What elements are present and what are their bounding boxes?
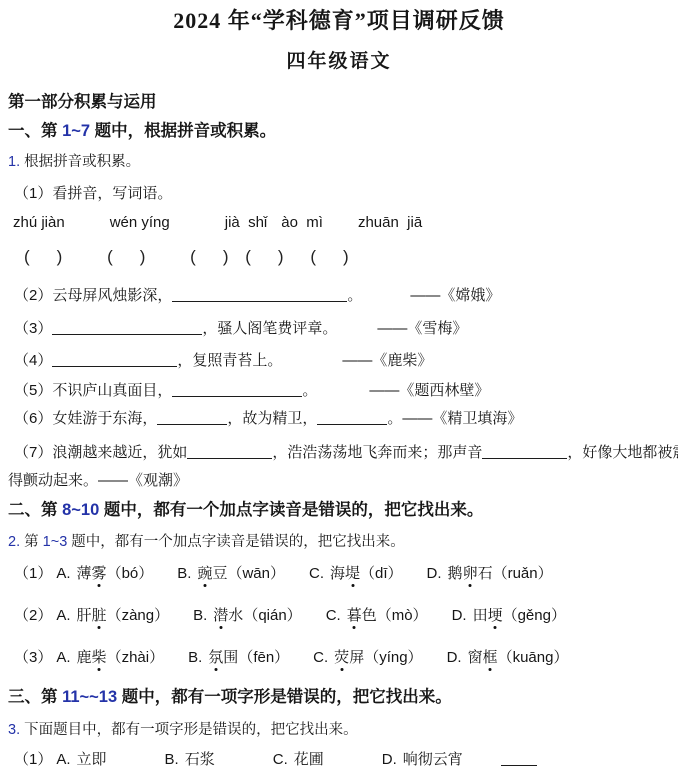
option-letter: A.	[56, 751, 70, 768]
section3-post: 题中，都有一项字形是错误的，把它找出来。	[117, 688, 452, 706]
q4-pre: （4）	[14, 352, 52, 369]
mcq-row-3: （3）A.鹿柴（zhài）B.氛围（fēn）C.荧屏（yíng）D.窗框（kuā…	[14, 646, 592, 667]
close-paren: )	[343, 247, 349, 266]
answer-brackets: ()	[310, 247, 348, 267]
item3-text: 下面题目中，都有一项字形是错误的，把它找出来。	[20, 722, 358, 738]
dotted-char: 雾	[92, 562, 107, 583]
option: C.花圃	[273, 748, 324, 769]
option-letter: D.	[447, 649, 462, 666]
option-word: 屏	[349, 649, 364, 666]
close-paren: )	[57, 247, 63, 266]
option-letter: C.	[326, 607, 341, 624]
pinyin-word: ào mì	[281, 214, 323, 231]
option-pinyin: （bó）	[107, 565, 154, 582]
option-letter: B.	[177, 565, 191, 582]
option-letter: D.	[382, 751, 397, 768]
option-pinyin: （gěng）	[503, 607, 566, 624]
option-word: 石浆	[185, 751, 215, 768]
q2-source: ——《嫦娥》	[410, 284, 500, 305]
option-pinyin: （qián）	[243, 607, 301, 624]
section2-heading: 二、第 8~10 题中，都有一个加点字读音是错误的，把它找出来。	[8, 496, 483, 520]
option-letter: A.	[56, 565, 70, 582]
fill-blank	[172, 287, 347, 302]
row-label: （2）	[14, 604, 52, 625]
option: A.立即	[56, 748, 106, 769]
open-paren: (	[190, 247, 196, 266]
option-word: 田	[473, 607, 488, 624]
option: B.氛围（fēn）	[188, 646, 289, 667]
option-letter: C.	[273, 751, 288, 768]
q3-pre: （3）	[14, 320, 52, 337]
option-pinyin: （wān）	[227, 565, 285, 582]
item2-line: 2. 第 1~3 题中，都有一个加点字读音是错误的，把它找出来。	[8, 530, 405, 551]
close-paren: )	[223, 247, 229, 266]
row-label: （1）	[14, 748, 52, 769]
option: C.荧屏（yíng）	[313, 646, 422, 667]
open-paren: (	[107, 247, 113, 266]
answer-brackets: ()	[24, 247, 62, 267]
option-pinyin: （zhài）	[107, 649, 165, 666]
exam-paper-page: 2024 年“学科德育”项目调研反馈 四年级语文 第一部分积累与运用 一、第 1…	[0, 0, 678, 771]
pinyin-word: jià shǐ	[225, 214, 268, 231]
dotted-char: 荧	[334, 646, 349, 667]
dotted-char: 豌	[197, 562, 212, 583]
mcq-row-4: （1）A.立即B.石浆C.花圃D.响彻云宵	[14, 748, 537, 769]
option-pinyin: （mò）	[377, 607, 428, 624]
question-line-5: （5）不识庐山真面目，。——《题西林壁》	[14, 379, 489, 400]
option-word: 鹿	[77, 649, 92, 666]
option-letter: C.	[309, 565, 324, 582]
section2-number-range: 8~10	[62, 501, 99, 519]
q4-post: ，复照青苔上。	[177, 352, 282, 369]
option-word: 海	[330, 565, 345, 582]
option-word: 色	[362, 607, 377, 624]
dotted-char: 堤	[345, 562, 360, 583]
section3-heading: 三、第 11~~13 题中，都有一项字形是错误的，把它找出来。	[8, 683, 452, 707]
option-letter: D.	[427, 565, 442, 582]
section1-heading: 一、第 1~7 题中，根据拼音或积累。	[8, 117, 276, 141]
item2-mid: 第	[20, 534, 43, 550]
item2-post: 题中，都有一个加点字读音是错误的，把它找出来。	[67, 534, 405, 550]
page-title: 2024 年“学科德育”项目调研反馈	[0, 4, 678, 35]
item2-range: 1~3	[43, 534, 68, 550]
fill-blank	[187, 444, 272, 459]
option-pinyin: （zàng）	[107, 607, 170, 624]
option: B.豌豆（wān）	[177, 562, 285, 583]
dotted-char: 框	[483, 646, 498, 667]
question-line-2: （2）云母屏风烛影深，。——《嫦娥》	[14, 284, 500, 305]
q6-post: 。——《精卫填海》	[387, 410, 522, 427]
dotted-char: 氛	[208, 646, 223, 667]
section1-post: 题中，根据拼音或积累。	[90, 122, 276, 140]
fill-blank	[172, 382, 302, 397]
q5-pre: （5）不识庐山真面目，	[14, 382, 172, 399]
question-line-7-continued: 得颤动起来。——《观潮》	[8, 469, 188, 490]
close-paren: )	[278, 247, 284, 266]
q7-post: ，好像大地都被震	[567, 444, 678, 461]
option-word: 窗	[468, 649, 483, 666]
option-letter: B.	[188, 649, 202, 666]
fill-blank	[52, 320, 202, 335]
section3-number-range: 11~~13	[62, 688, 117, 706]
question-line-3: （3），骚人阁笔费评章。——《雪梅》	[14, 317, 467, 338]
pinyin-row: zhú jiànwén yíngjià shǐào mìzhuān jiā	[13, 214, 422, 231]
q5-post: 。	[302, 382, 317, 399]
pinyin-word: zhuān jiā	[358, 214, 422, 231]
pinyin-word: zhú jiàn	[13, 214, 65, 231]
option-word: 薄	[77, 565, 92, 582]
option: A.薄雾（bó）	[56, 562, 153, 583]
option-word: 石	[478, 565, 493, 582]
question-line-6: （6）女娃游于东海，，故为精卫，。——《精卫填海》	[14, 407, 522, 428]
q4-source: ——《鹿柴》	[342, 349, 432, 370]
answer-brackets: ()	[190, 247, 228, 267]
section3-pre: 三、第	[8, 688, 62, 706]
section1-pre: 一、第	[8, 122, 62, 140]
fill-blank	[157, 410, 227, 425]
item3-line: 3. 下面题目中，都有一项字形是错误的，把它找出来。	[8, 718, 358, 739]
option-pinyin: （kuāng）	[498, 649, 569, 666]
option-word: 围	[223, 649, 238, 666]
option-word: 响彻云宵	[403, 751, 463, 768]
q2-pre: （2）云母屏风烛影深，	[14, 287, 172, 304]
answer-blank	[501, 751, 537, 766]
item2-number: 2.	[8, 534, 20, 550]
option-pinyin: （fēn）	[238, 649, 289, 666]
option: C.海堤（dī）	[309, 562, 403, 583]
q5-source: ——《题西林壁》	[369, 379, 489, 400]
sub-question-1: （1）看拼音，写词语。	[14, 182, 172, 203]
question-line-4: （4），复照青苔上。——《鹿柴》	[14, 349, 432, 370]
option: D.鹅卵石（ruǎn）	[427, 562, 553, 583]
open-paren: (	[310, 247, 316, 266]
page-subtitle: 四年级语文	[0, 46, 678, 73]
part1-heading: 第一部分积累与运用	[8, 88, 157, 112]
mcq-row-2: （2）A.肝脏（zàng）B.潜水（qián）C.暮色（mò）D.田埂（gěng…	[14, 604, 590, 625]
option-word: 鹅	[448, 565, 463, 582]
fill-blank	[482, 444, 567, 459]
option-word: 立即	[77, 751, 107, 768]
item1-number: 1.	[8, 154, 20, 170]
q7-pre: （7）浪潮越来越近，犹如	[14, 444, 187, 461]
row-label: （1）	[14, 562, 52, 583]
option-pinyin: （dī）	[360, 565, 403, 582]
fill-blank	[317, 410, 387, 425]
answer-brackets: ()	[245, 247, 283, 267]
q7-mid: ，浩浩荡荡地飞奔而来；那声音	[272, 444, 482, 461]
dotted-char: 暮	[347, 604, 362, 625]
item1-line: 1. 根据拼音或积累。	[8, 150, 140, 171]
option-word: 花圃	[294, 751, 324, 768]
q2-post: 。	[347, 287, 362, 304]
open-paren: (	[24, 247, 30, 266]
q6-mid: ，故为精卫，	[227, 410, 317, 427]
option: B.石浆	[165, 748, 215, 769]
item1-text: 根据拼音或积累。	[20, 154, 140, 170]
mcq-row-1: （1）A.薄雾（bó）B.豌豆（wān）C.海堤（dī）D.鹅卵石（ruǎn）	[14, 562, 577, 583]
dotted-char: 卵	[463, 562, 478, 583]
option-pinyin: （yíng）	[364, 649, 422, 666]
bracket-answer-row: () () () () ()	[24, 247, 349, 267]
dotted-char: 柴	[92, 646, 107, 667]
option: D.响彻云宵	[382, 748, 463, 769]
option-letter: B.	[193, 607, 207, 624]
dotted-char: 潜	[213, 604, 228, 625]
section1-number-range: 1~7	[62, 122, 90, 140]
section2-pre: 二、第	[8, 501, 62, 519]
q3-source: ——《雪梅》	[377, 317, 467, 338]
option-pinyin: （ruǎn）	[493, 565, 553, 582]
answer-brackets: ()	[107, 247, 145, 267]
option: C.暮色（mò）	[326, 604, 428, 625]
open-paren: (	[245, 247, 251, 266]
option: B.潜水（qián）	[193, 604, 302, 625]
option-word: 水	[228, 607, 243, 624]
dotted-char: 脏	[92, 604, 107, 625]
option-word: 豆	[212, 565, 227, 582]
option-letter: C.	[313, 649, 328, 666]
pinyin-word: wén yíng	[110, 214, 170, 231]
row-label: （3）	[14, 646, 52, 667]
option-letter: A.	[56, 607, 70, 624]
fill-blank	[52, 352, 177, 367]
option-letter: A.	[56, 649, 70, 666]
option: A.肝脏（zàng）	[56, 604, 169, 625]
question-line-7: （7）浪潮越来越近，犹如，浩浩荡荡地飞奔而来；那声音，好像大地都被震	[14, 441, 678, 462]
option-letter: D.	[452, 607, 467, 624]
option: A.鹿柴（zhài）	[56, 646, 164, 667]
option-letter: B.	[165, 751, 179, 768]
item3-number: 3.	[8, 722, 20, 738]
dotted-char: 埂	[488, 604, 503, 625]
q3-post: ，骚人阁笔费评章。	[202, 320, 337, 337]
q6-pre: （6）女娃游于东海，	[14, 410, 157, 427]
option: D.田埂（gěng）	[452, 604, 566, 625]
close-paren: )	[140, 247, 146, 266]
option: D.窗框（kuāng）	[447, 646, 569, 667]
option-word: 肝	[77, 607, 92, 624]
section2-post: 题中，都有一个加点字读音是错误的，把它找出来。	[99, 501, 483, 519]
